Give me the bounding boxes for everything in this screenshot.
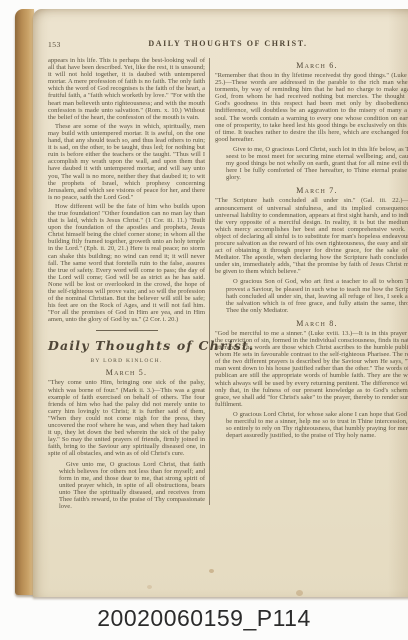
body-paragraph: These are some of the ways in which, spi… bbox=[48, 123, 205, 201]
prayer-paragraph: Give to me, O gracious Lord Christ, such… bbox=[226, 146, 408, 181]
body-paragraph: "God be merciful to me a sinner." (Luke … bbox=[215, 330, 408, 408]
body-paragraph: "The Scripture hath concluded all under … bbox=[215, 197, 408, 275]
photo-id-label: 20020060159_P114 bbox=[0, 605, 408, 632]
body-paragraph: "Remember that thou in thy lifetime rece… bbox=[215, 72, 408, 143]
scanned-page: 153 DAILY THOUGHTS OF CHRIST. appears in… bbox=[33, 9, 408, 597]
article-title: Daily Thoughts of Christ. bbox=[48, 338, 205, 353]
date-heading: March 7. bbox=[215, 186, 408, 195]
date-heading: March 8. bbox=[215, 319, 408, 328]
prayer-paragraph: Give unto me, O gracious Lord Christ, th… bbox=[59, 461, 205, 511]
book-page-block-edge bbox=[15, 9, 34, 595]
column-divider bbox=[209, 58, 210, 505]
body-paragraph: appears in his life. This is perhaps the… bbox=[48, 57, 205, 121]
prayer-paragraph: O gracious Lord Christ, for whose sake a… bbox=[226, 411, 408, 439]
text-columns: appears in his life. This is perhaps the… bbox=[48, 57, 408, 515]
right-column: March 6. "Remember that thou in thy life… bbox=[215, 57, 408, 515]
prayer-paragraph: O gracious Son of God, who art first a t… bbox=[226, 278, 408, 313]
section-rule bbox=[96, 330, 158, 331]
body-paragraph: "They come unto Him, bringing one sick o… bbox=[48, 379, 205, 457]
date-heading: March 5. bbox=[48, 368, 205, 377]
running-header: DAILY THOUGHTS OF CHRIST. bbox=[48, 39, 408, 48]
page-header: 153 DAILY THOUGHTS OF CHRIST. bbox=[48, 39, 408, 52]
article-byline: BY LORD KINLOCH. bbox=[48, 358, 205, 364]
body-paragraph: How different will be the fate of him wh… bbox=[48, 203, 205, 324]
left-column: appears in his life. This is perhaps the… bbox=[48, 57, 205, 515]
date-heading: March 6. bbox=[215, 61, 408, 70]
scanned-book-photo: 153 DAILY THOUGHTS OF CHRIST. appears in… bbox=[0, 0, 408, 640]
